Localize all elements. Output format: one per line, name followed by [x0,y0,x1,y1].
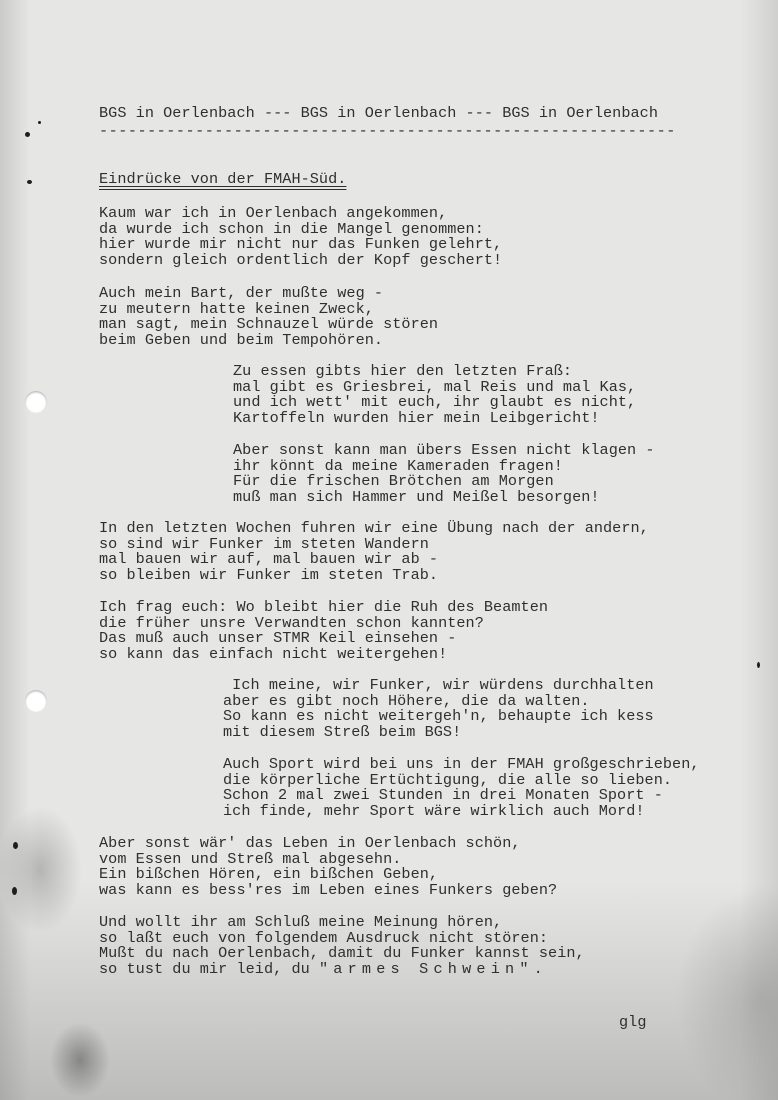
ink-speck [25,132,30,137]
stanza-1: Kaum war ich in Oerlenbach angekommen, d… [99,206,502,268]
stanza-5: In den letzten Wochen fuhren wir eine Üb… [99,521,649,583]
header-rule: ----------------------------------------… [99,124,676,140]
stanza-10: Und wollt ihr am Schluß meine Meinung hö… [99,915,585,977]
verse-line: was kann es bess'res im Leben eines Funk… [99,883,557,899]
final-line-emphasis: "armes Schwein" [319,960,534,978]
stanza-3: Zu essen gibts hier den letzten Fraß: ma… [233,364,636,426]
verse-line-final: so tust du mir leid, du "armes Schwein". [99,962,585,978]
verse-line: so kann das einfach nicht weitergehen! [99,647,548,663]
stanza-6: Ich frag euch: Wo bleibt hier die Ruh de… [99,600,548,662]
stanza-9: Aber sonst wär' das Leben in Oerlenbach … [99,836,557,898]
stanza-8: Auch Sport wird bei uns in der FMAH groß… [223,757,700,819]
ink-speck [27,180,32,184]
ink-speck [12,887,17,895]
ink-speck [38,121,41,124]
ink-speck [13,842,18,849]
stanza-4: Aber sonst kann man übers Essen nicht kl… [233,443,655,505]
verse-line: mit diesem Streß beim BGS! [223,725,654,741]
document-subtitle: Eindrücke von der FMAH-Süd. [99,172,346,188]
typewritten-page: BGS in Oerlenbach --- BGS in Oerlenbach … [0,0,778,1100]
stanza-2: Auch mein Bart, der mußte weg - zu meute… [99,286,438,348]
document-header: BGS in Oerlenbach --- BGS in Oerlenbach … [99,106,658,122]
verse-line: ich finde, mehr Sport wäre wirklich auch… [223,804,700,820]
stanza-7: Ich meine, wir Funker, wir würdens durch… [223,678,654,740]
final-line-suffix: . [534,960,543,978]
verse-line: so bleiben wir Funker im steten Trab. [99,568,649,584]
verse-line: beim Geben und beim Tempohören. [99,333,438,349]
final-line-prefix: so tust du mir leid, du [99,960,319,978]
signature-initials: glg [619,1015,647,1031]
punch-hole-lower [25,690,47,712]
verse-line: muß man sich Hammer und Meißel besorgen! [233,490,655,506]
ink-speck [757,662,760,668]
verse-line: Kartoffeln wurden hier mein Leibgericht! [233,411,636,427]
punch-hole-upper [25,391,47,413]
verse-line: sondern gleich ordentlich der Kopf gesch… [99,253,502,269]
